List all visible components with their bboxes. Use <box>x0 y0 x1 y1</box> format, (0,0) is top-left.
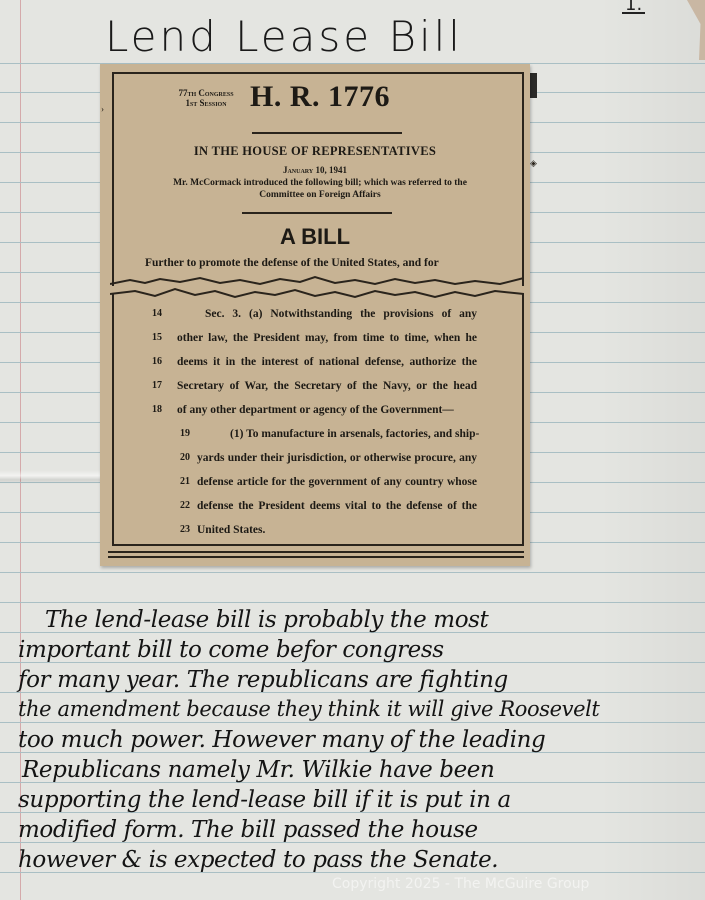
line-text: Secretary of War, the Secretary of the N… <box>177 380 477 392</box>
page-corner <box>675 0 705 60</box>
line-text: Sec. 3. (a) Notwithstanding the provisio… <box>205 308 477 320</box>
page-heading: Lend Lease Bill <box>105 12 463 61</box>
line-text: deems it in the interest of national def… <box>177 356 477 368</box>
torn-edge-icon <box>110 274 524 304</box>
line-number: 14 <box>152 308 172 319</box>
copyright-watermark: Copyright 2025 - The McGuire Group <box>332 876 589 892</box>
handwritten-note-line: Republicans namely Mr. Wilkie have been <box>22 757 494 783</box>
bill-date: January 10, 1941 <box>100 165 530 175</box>
bill-text-line: 23 United States. <box>100 524 530 544</box>
bill-text-line: 16 deems it in the interest of national … <box>100 356 530 376</box>
line-text: defense the President deems vital to the… <box>197 500 477 512</box>
line-text: defense article for the government of an… <box>197 476 477 488</box>
line-number: 17 <box>152 380 172 391</box>
handwritten-note-line: important bill to come befor congress <box>18 637 444 663</box>
line-number: 18 <box>152 404 172 415</box>
ruled-line <box>0 572 705 573</box>
bill-text-line: 17 Secretary of War, the Secretary of th… <box>100 380 530 400</box>
margin-line <box>20 0 21 900</box>
newspaper-clipping: › ◈ 77th Congress 1st Session H. R. 1776… <box>100 64 530 566</box>
handwritten-note-line: for many year. The republicans are fight… <box>18 667 508 693</box>
handwritten-note-line: however & is expected to pass the Senate… <box>18 847 498 873</box>
handwritten-note-line: modified form. The bill passed the house <box>18 817 478 843</box>
divider <box>252 132 402 134</box>
bill-purpose: Further to promote the defense of the Un… <box>145 257 439 269</box>
divider <box>242 212 392 214</box>
chamber-heading: IN THE HOUSE OF REPRESENTATIVES <box>100 144 530 159</box>
clipping-bottom-rule <box>108 556 524 558</box>
congress-label: 77th Congress <box>160 88 252 98</box>
notebook-page: Lend Lease Bill 1. › ◈ 77th Congress 1st… <box>0 0 705 900</box>
line-text: (1) To manufacture in arsenals, factorie… <box>230 428 477 440</box>
line-text: other law, the President may, from time … <box>177 332 477 344</box>
side-marker-icon: › <box>101 104 104 114</box>
bill-introduction: Mr. McCormack introduced the following b… <box>150 177 490 201</box>
ruled-line <box>0 722 705 723</box>
bill-number: H. R. 1776 <box>250 80 390 114</box>
line-text: United States. <box>197 524 477 536</box>
bill-text-line: 21 defense article for the government of… <box>100 476 530 496</box>
paper-crease <box>0 470 110 484</box>
bill-text-line: 15 other law, the President may, from ti… <box>100 332 530 352</box>
line-text: of any other department or agency of the… <box>177 404 477 416</box>
bill-title: A BILL <box>100 224 530 250</box>
handwritten-note-line: The lend-lease bill is probably the most <box>45 607 488 633</box>
ruled-line <box>0 602 705 603</box>
bill-text-line: 19 (1) To manufacture in arsenals, facto… <box>100 428 530 448</box>
handwritten-note-line: supporting the lend-lease bill if it is … <box>18 787 511 813</box>
side-marker-icon: ◈ <box>530 158 537 169</box>
congress-session: 77th Congress 1st Session <box>160 88 252 108</box>
session-label: 1st Session <box>160 98 252 108</box>
page-number: 1. <box>622 0 645 14</box>
line-number: 16 <box>152 356 172 367</box>
bill-text-line: 22 defense the President deems vital to … <box>100 500 530 520</box>
line-text: yards under their jurisdiction, or other… <box>197 452 477 464</box>
bill-text-line: 18 of any other department or agency of … <box>100 404 530 424</box>
handwritten-note-line: too much power. However many of the lead… <box>18 727 545 753</box>
bill-text-line: 14 Sec. 3. (a) Notwithstanding the provi… <box>100 308 530 328</box>
line-number: 15 <box>152 332 172 343</box>
handwritten-note-line: the amendment because they think it will… <box>18 697 599 721</box>
bill-text-line: 20 yards under their jurisdiction, or ot… <box>100 452 530 472</box>
line-number: 19 <box>180 428 200 439</box>
clipping-bottom-rule <box>108 551 524 553</box>
